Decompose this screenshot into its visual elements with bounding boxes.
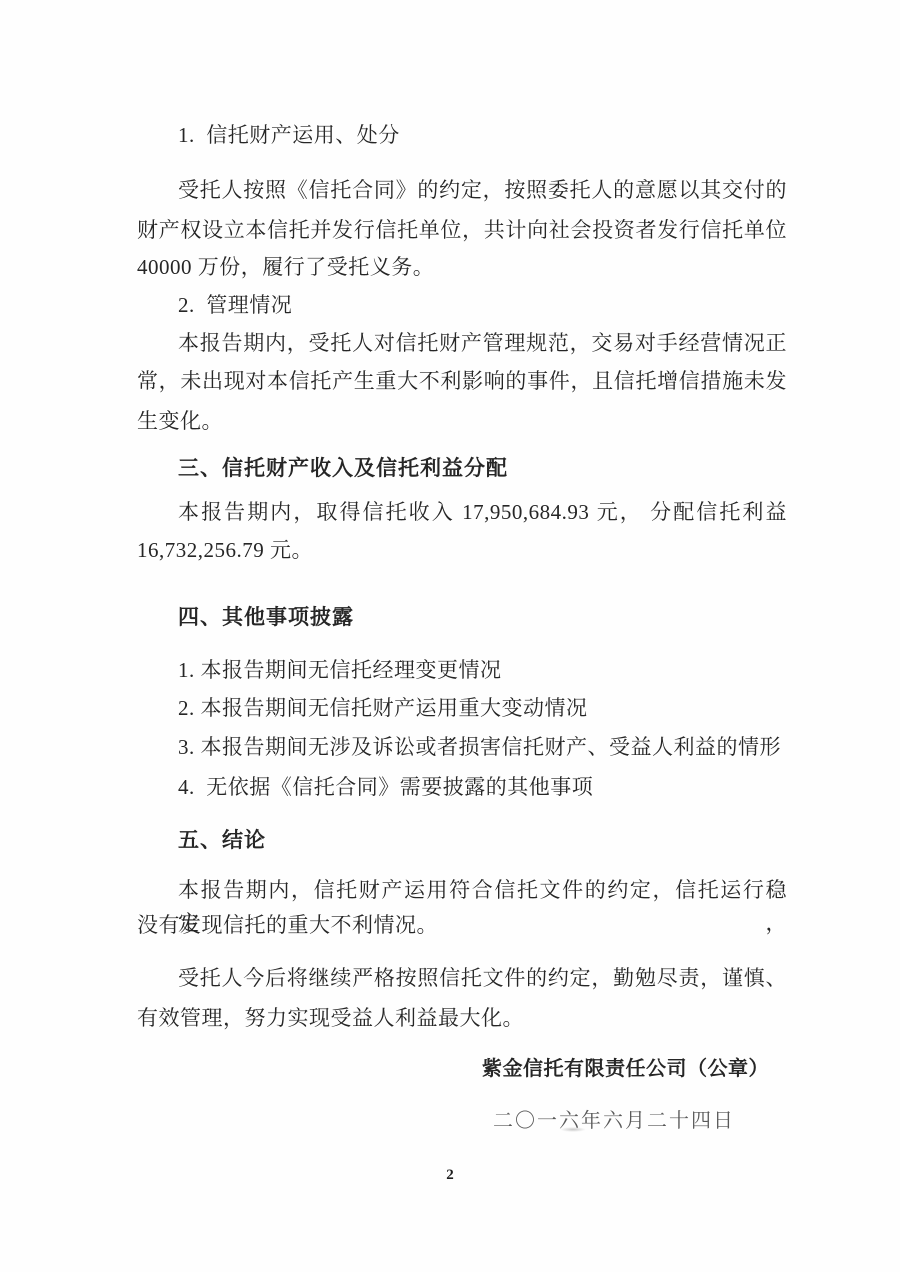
paragraph-line: 受托人今后将继续严格按照信托文件的约定，勤勉尽责，谨慎、 (137, 962, 787, 995)
list-item: 2. 本报告期间无信托财产运用重大变动情况 (137, 692, 787, 725)
document-page: 1. 信托财产运用、处分 受托人按照《信托合同》的约定，按照委托人的意愿以其交付… (0, 0, 900, 1272)
document-body: 1. 信托财产运用、处分 受托人按照《信托合同》的约定，按照委托人的意愿以其交付… (137, 119, 787, 1138)
scan-artifact (560, 1127, 586, 1132)
paragraph-line: 40000 万份，履行了受托义务。 (137, 251, 787, 284)
paragraph-line: 本报告期内，取得信托收入 17,950,684.93 元， 分配信托利益 (137, 496, 787, 529)
paragraph-line: 16,732,256.79 元。 (137, 534, 787, 567)
company-signature: 紫金信托有限责任公司（公章） (137, 1053, 787, 1086)
paragraph-line: 生变化。 (137, 405, 787, 438)
list-item: 3. 本报告期间无涉及诉讼或者损害信托财产、受益人利益的情形 (137, 731, 787, 764)
paragraph-line: 财产权设立本信托并发行信托单位，共计向社会投资者发行信托单位 (137, 214, 787, 247)
paragraph-line: 受托人按照《信托合同》的约定，按照委托人的意愿以其交付的 (137, 174, 787, 207)
subsection-title-management-status: 2. 管理情况 (137, 289, 787, 322)
paragraph-line: 本报告期内，受托人对信托财产管理规范，交易对手经营情况正 (137, 327, 787, 360)
list-item: 1. 本报告期间无信托经理变更情况 (137, 654, 787, 687)
page-number: 2 (0, 1159, 900, 1192)
paragraph-line: 常，未出现对本信托产生重大不利影响的事件，且信托增信措施未发 (137, 365, 787, 398)
paragraph-line: 有效管理，努力实现受益人利益最大化。 (137, 1002, 787, 1035)
list-item: 4. 无依据《信托合同》需要披露的其他事项 (137, 771, 787, 804)
document-date: 二〇一六年六月二十四日 (137, 1105, 787, 1138)
subsection-title-trust-property-use: 1. 信托财产运用、处分 (137, 119, 787, 152)
section-heading-conclusion: 五、结论 (137, 824, 787, 857)
paragraph-line: 本报告期内，信托财产运用符合信托文件的约定，信托运行稳定， (137, 874, 787, 907)
section-heading-other-disclosures: 四、其他事项披露 (137, 601, 787, 634)
section-heading-income-distribution: 三、信托财产收入及信托利益分配 (137, 452, 787, 485)
